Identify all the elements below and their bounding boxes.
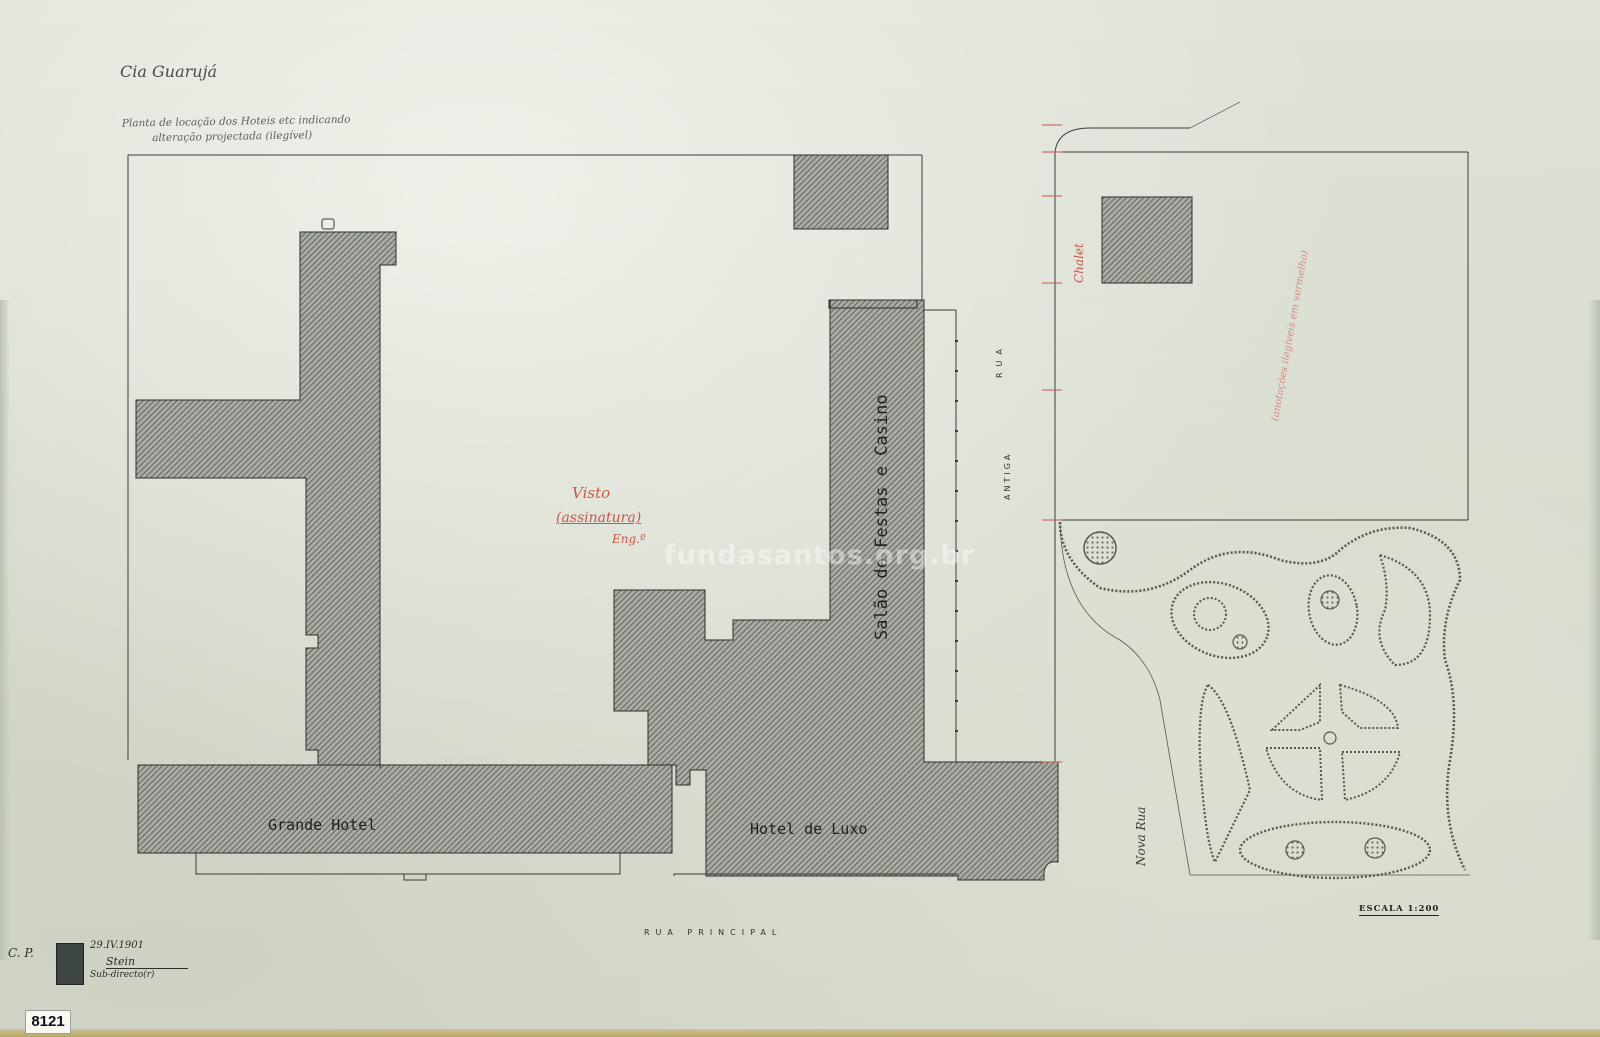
watermark: fundasantos.org.br (664, 540, 975, 571)
label-salao-casino: Salão de Festas e Casino (872, 394, 892, 640)
red-engineer: Eng.º (612, 532, 646, 546)
official-stamp-icon (56, 943, 84, 985)
building-chalet (1102, 197, 1192, 283)
street-rua-principal: RUA PRINCIPAL (644, 928, 782, 937)
building-hotel-luxo-and-salao (614, 300, 1058, 880)
signature-role: Sub-directo(r) (90, 970, 154, 980)
street-rua: RUA (995, 343, 1004, 378)
label-chalet: Chalet (1072, 243, 1086, 283)
street-nova-rua: Nova Rua (1134, 807, 1148, 866)
scale-label: ESCALA 1:200 (1359, 904, 1439, 916)
well-marker (322, 219, 334, 229)
building-annex (794, 155, 888, 229)
drawing-subtitle: Planta de locação dos Hoteis etc indican… (122, 111, 422, 146)
red-signature: (assinatura) (556, 510, 641, 526)
signature-name: Stein (106, 955, 188, 969)
red-dimension-line (1042, 125, 1062, 762)
signature-initials: C. P. (8, 946, 34, 960)
red-visto: Visto (572, 484, 610, 502)
drawing-title: Cia Guarujá (120, 62, 217, 81)
site-plan-drawing (0, 0, 1600, 1037)
signature-date: 29.IV.1901 (90, 940, 144, 951)
building-grande-hotel (136, 232, 672, 853)
garden-plan (1060, 522, 1470, 878)
fence-rua-antiga (924, 310, 956, 762)
label-grande-hotel: Grande Hotel (268, 816, 376, 834)
label-hotel-luxo: Hotel de Luxo (750, 820, 867, 838)
catalog-number: 8121 (25, 1010, 71, 1034)
street-antiga: ANTIGA (1003, 452, 1012, 500)
